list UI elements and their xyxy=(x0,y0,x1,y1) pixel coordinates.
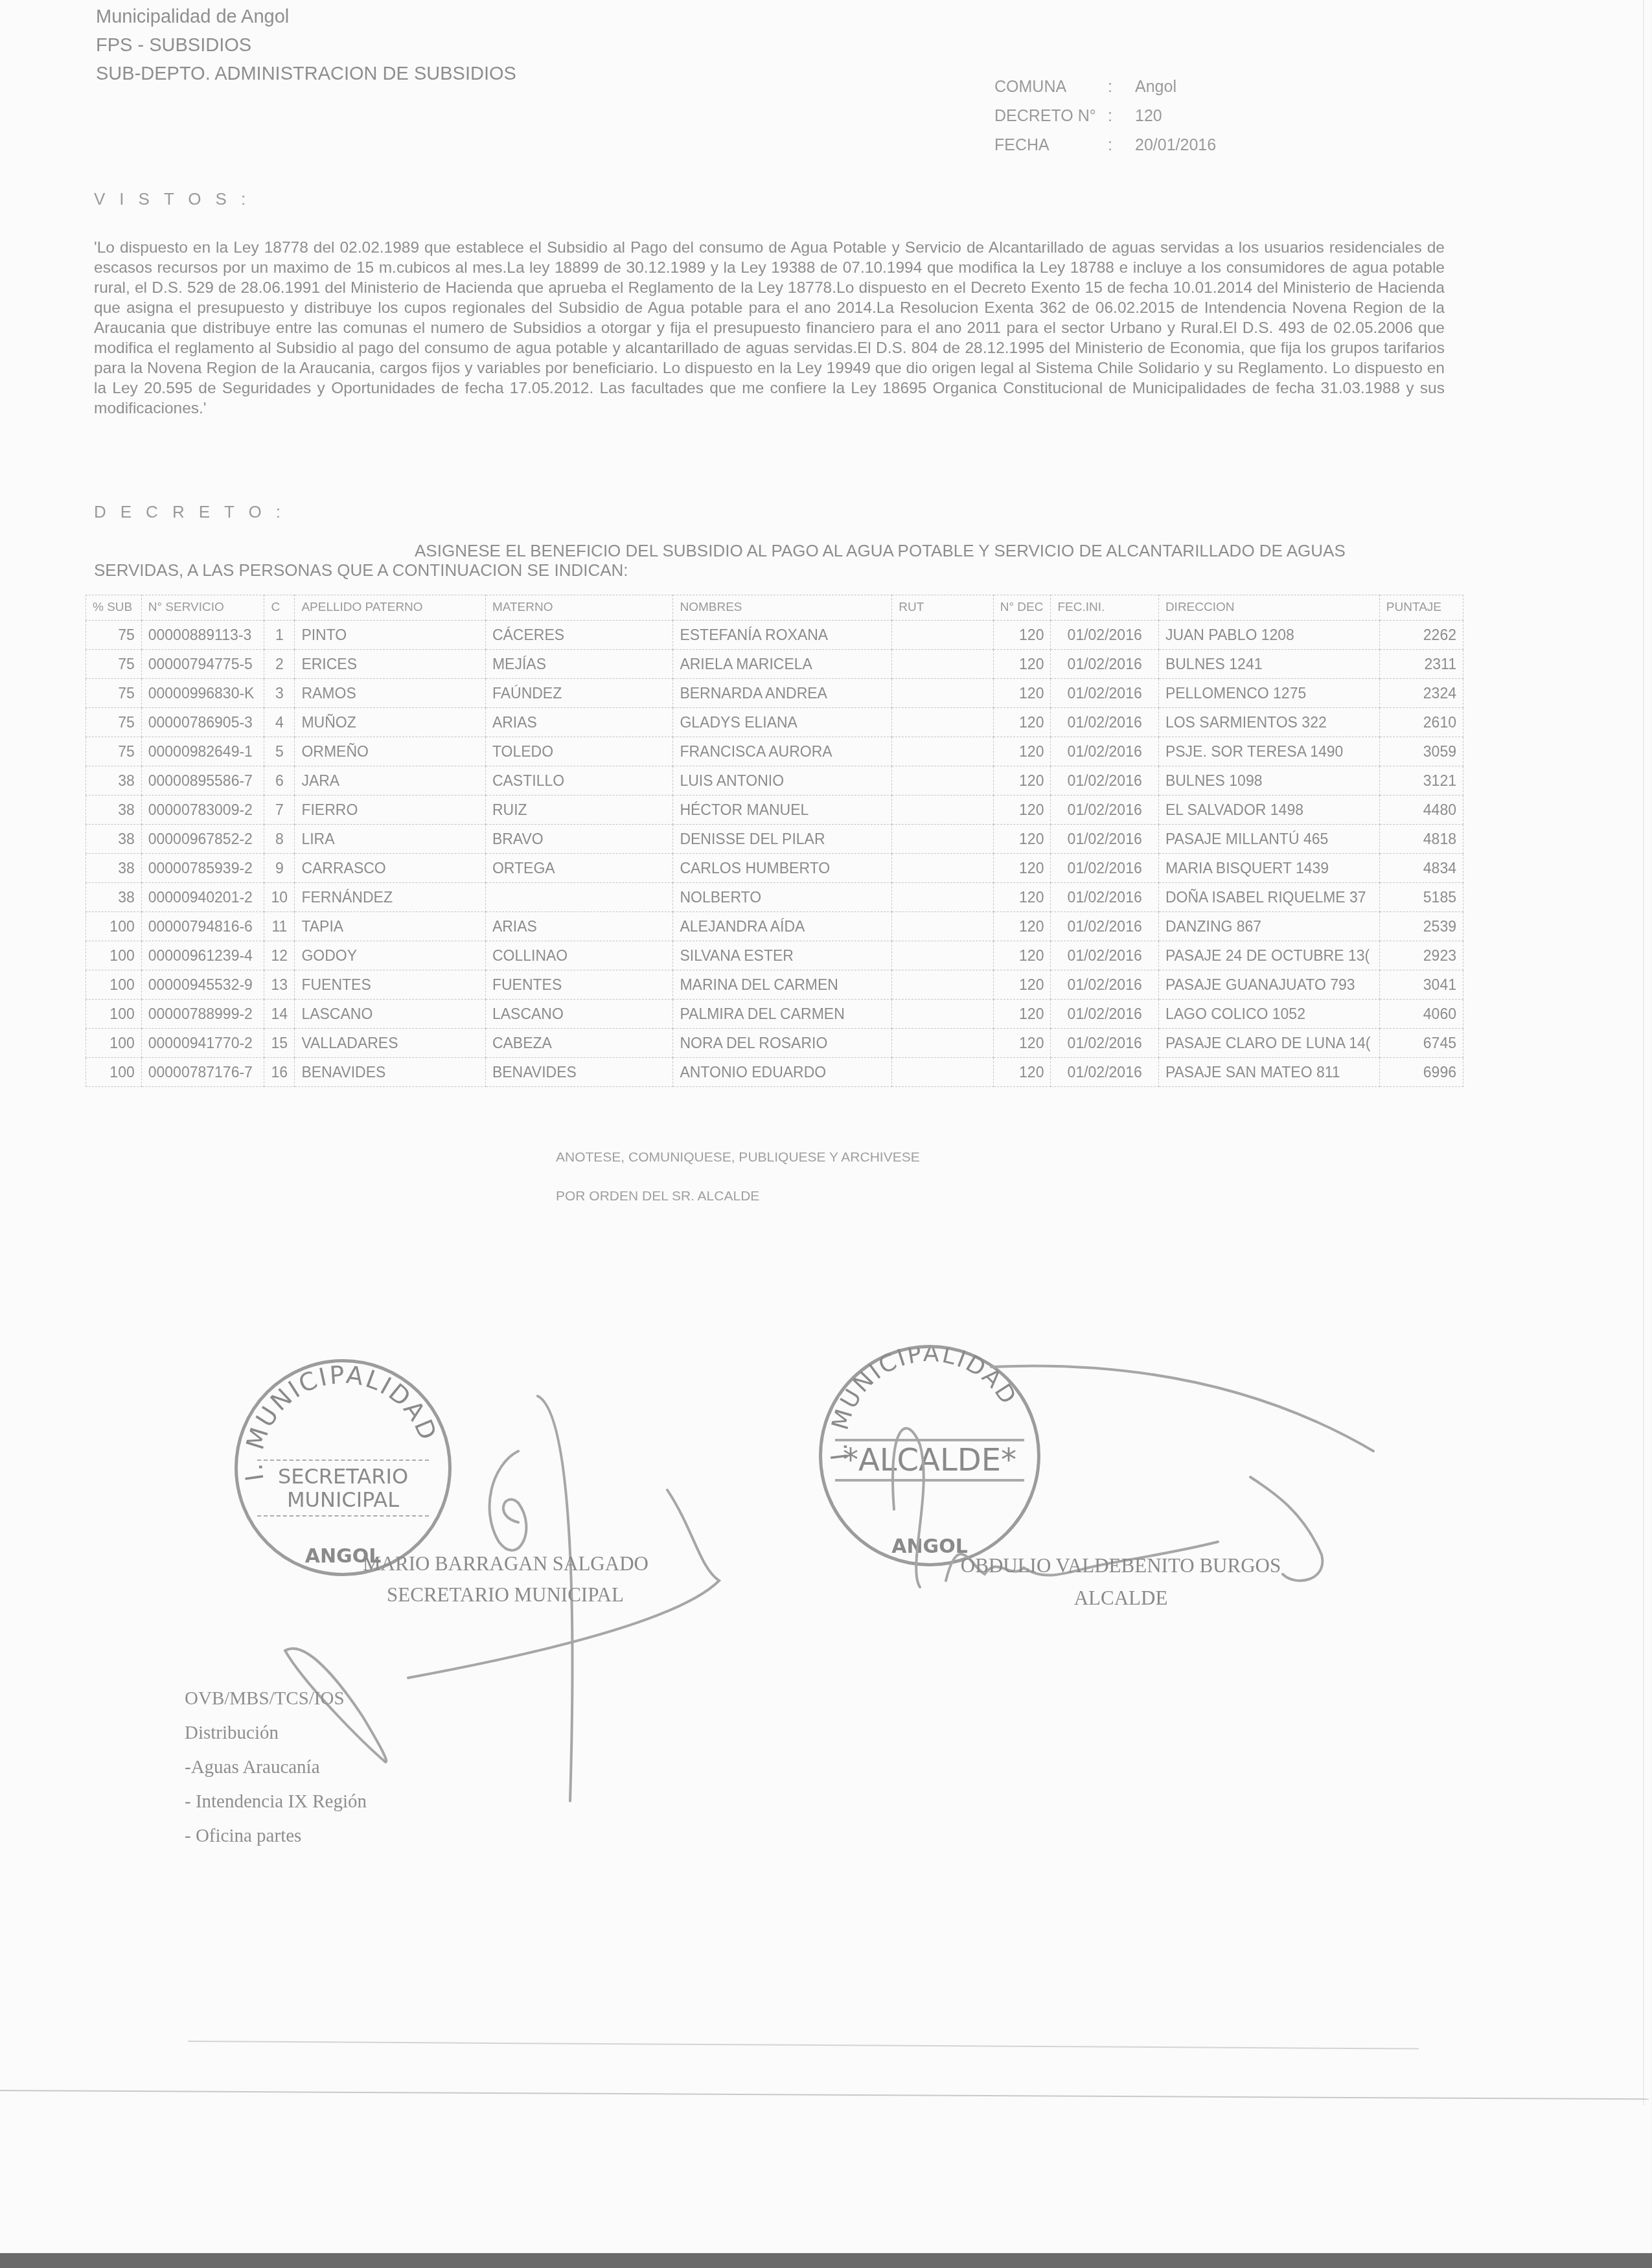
table-row: 10000000788999-214LASCANOLASCANOPALMIRA … xyxy=(86,1000,1463,1029)
meta-decreto: DECRETO N° : 120 xyxy=(994,102,1216,131)
colon: : xyxy=(1108,102,1135,131)
comuna-label: COMUNA xyxy=(994,73,1108,102)
table-cell: 01/02/2016 xyxy=(1051,766,1158,796)
table-cell: VALLADARES xyxy=(295,1029,486,1058)
table-cell: 75 xyxy=(86,679,142,708)
vistos-heading: VISTOS: xyxy=(94,189,260,209)
table-cell: 00000941770-2 xyxy=(141,1029,264,1058)
closing-formula: ANOTESE, COMUNIQUESE, PUBLIQUESE Y ARCHI… xyxy=(556,1138,920,1216)
table-cell: PSJE. SOR TERESA 1490 xyxy=(1158,737,1379,766)
table-cell: LIRA xyxy=(295,825,486,854)
table-cell: PASAJE GUANAJUATO 793 xyxy=(1158,970,1379,1000)
table-cell: 00000961239-4 xyxy=(141,941,264,970)
table-cell: MUÑOZ xyxy=(295,708,486,737)
comuna-value: Angol xyxy=(1135,73,1176,102)
fecha-value: 20/01/2016 xyxy=(1135,131,1216,160)
distribution-item: - Intendencia IX Región xyxy=(185,1785,367,1819)
table-cell xyxy=(892,737,993,766)
alcalde-signature-block: OBDULIO VALDEBENITO BURGOS ALCALDE xyxy=(926,1550,1315,1614)
table-cell: 3041 xyxy=(1379,970,1463,1000)
column-header: % SUB xyxy=(86,595,142,621)
table-row: 3800000783009-27FIERRORUIZHÉCTOR MANUEL1… xyxy=(86,796,1463,825)
stamp-center-text: SECRETARIO MUNICIPAL xyxy=(257,1460,429,1517)
table-cell: 01/02/2016 xyxy=(1051,825,1158,854)
column-header: APELLIDO PATERNO xyxy=(295,595,486,621)
table-cell xyxy=(892,854,993,883)
table-cell: 75 xyxy=(86,650,142,679)
table-cell: 01/02/2016 xyxy=(1051,941,1158,970)
table-cell: 01/02/2016 xyxy=(1051,970,1158,1000)
meta-fecha: FECHA : 20/01/2016 xyxy=(994,131,1216,160)
table-cell: 01/02/2016 xyxy=(1051,1000,1158,1029)
decree-statement-line1: ASIGNESE EL BENEFICIO DEL SUBSIDIO AL PA… xyxy=(94,541,1445,560)
table-cell: MEJÍAS xyxy=(485,650,673,679)
decree-statement: ASIGNESE EL BENEFICIO DEL SUBSIDIO AL PA… xyxy=(94,541,1445,580)
table-cell: 38 xyxy=(86,854,142,883)
table-cell xyxy=(485,883,673,912)
table-cell: 100 xyxy=(86,912,142,941)
table-cell: ORTEGA xyxy=(485,854,673,883)
table-cell: 100 xyxy=(86,941,142,970)
table-cell: 01/02/2016 xyxy=(1051,708,1158,737)
table-cell xyxy=(892,766,993,796)
table-cell: 8 xyxy=(264,825,295,854)
table-cell xyxy=(892,1000,993,1029)
table-cell: ALEJANDRA AÍDA xyxy=(673,912,892,941)
table-cell: 3 xyxy=(264,679,295,708)
table-cell: 2324 xyxy=(1379,679,1463,708)
table-cell: 01/02/2016 xyxy=(1051,854,1158,883)
table-cell: GODOY xyxy=(295,941,486,970)
table-cell: CÁCERES xyxy=(485,621,673,650)
table-cell: 120 xyxy=(993,1058,1051,1087)
table-cell: HÉCTOR MANUEL xyxy=(673,796,892,825)
table-cell: 00000967852-2 xyxy=(141,825,264,854)
secretario-signature-block: MARIO BARRAGAN SALGADO SECRETARIO MUNICI… xyxy=(363,1548,648,1610)
table-cell: 120 xyxy=(993,708,1051,737)
municipality-name: Municipalidad de Angol xyxy=(96,3,516,31)
table-row: 3800000895586-76JARACASTILLOLUIS ANTONIO… xyxy=(86,766,1463,796)
table-cell: 2 xyxy=(264,650,295,679)
column-header: C xyxy=(264,595,295,621)
table-header-row: % SUBN° SERVICIOCAPELLIDO PATERNOMATERNO… xyxy=(86,595,1463,621)
table-cell xyxy=(892,941,993,970)
table-cell: BULNES 1241 xyxy=(1158,650,1379,679)
table-cell: 00000785939-2 xyxy=(141,854,264,883)
table-cell: CARLOS HUMBERTO xyxy=(673,854,892,883)
table-cell: 11 xyxy=(264,912,295,941)
table-cell xyxy=(892,1029,993,1058)
table-cell: 10 xyxy=(264,883,295,912)
table-row: 10000000961239-412GODOYCOLLINAOSILVANA E… xyxy=(86,941,1463,970)
table-cell: 4 xyxy=(264,708,295,737)
table-cell: BRAVO xyxy=(485,825,673,854)
table-row: 10000000941770-215VALLADARESCABEZANORA D… xyxy=(86,1029,1463,1058)
table-cell: 1 xyxy=(264,621,295,650)
table-cell: 75 xyxy=(86,737,142,766)
table-cell: 38 xyxy=(86,796,142,825)
closing-line1: ANOTESE, COMUNIQUESE, PUBLIQUESE Y ARCHI… xyxy=(556,1138,920,1177)
table-cell: PASAJE MILLANTÚ 465 xyxy=(1158,825,1379,854)
table-cell: 38 xyxy=(86,825,142,854)
table-cell: ARIELA MARICELA xyxy=(673,650,892,679)
table-cell: COLLINAO xyxy=(485,941,673,970)
table-cell: TAPIA xyxy=(295,912,486,941)
table-cell: 00000945532-9 xyxy=(141,970,264,1000)
table-cell: PALMIRA DEL CARMEN xyxy=(673,1000,892,1029)
table-cell: LASCANO xyxy=(295,1000,486,1029)
table-cell: FRANCISCA AURORA xyxy=(673,737,892,766)
table-cell: 120 xyxy=(993,1029,1051,1058)
table-cell: 00000996830-K xyxy=(141,679,264,708)
column-header: DIRECCION xyxy=(1158,595,1379,621)
table-row: 7500000786905-34MUÑOZARIASGLADYS ELIANA1… xyxy=(86,708,1463,737)
column-header: RUT xyxy=(892,595,993,621)
table-cell: 120 xyxy=(993,883,1051,912)
meta-comuna: COMUNA : Angol xyxy=(994,73,1216,102)
fecha-label: FECHA xyxy=(994,131,1108,160)
table-cell: 00000794775-5 xyxy=(141,650,264,679)
distribution-item: - Oficina partes xyxy=(185,1819,367,1853)
table-cell: CARRASCO xyxy=(295,854,486,883)
table-cell: 5 xyxy=(264,737,295,766)
table-cell: 120 xyxy=(993,970,1051,1000)
table-cell: PASAJE 24 DE OCTUBRE 13( xyxy=(1158,941,1379,970)
table-cell: 01/02/2016 xyxy=(1051,621,1158,650)
table-cell: CASTILLO xyxy=(485,766,673,796)
table-cell: 120 xyxy=(993,796,1051,825)
decreto-label: DECRETO N° xyxy=(994,102,1108,131)
table-cell xyxy=(892,650,993,679)
table-row: 3800000940201-210FERNÁNDEZNOLBERTO12001/… xyxy=(86,883,1463,912)
decreto-heading: DECRETO: xyxy=(94,502,295,522)
distribution-list: OVB/MBS/TCS/IOS Distribución -Aguas Arau… xyxy=(185,1682,367,1853)
table-cell: DANZING 867 xyxy=(1158,912,1379,941)
table-cell: 00000783009-2 xyxy=(141,796,264,825)
table-cell: DOÑA ISABEL RIQUELME 37 xyxy=(1158,883,1379,912)
table-cell: ORMEÑO xyxy=(295,737,486,766)
table-cell xyxy=(892,825,993,854)
table-cell: 120 xyxy=(993,766,1051,796)
table-cell: 7 xyxy=(264,796,295,825)
secretario-name: MARIO BARRAGAN SALGADO xyxy=(363,1548,648,1579)
table-cell: 120 xyxy=(993,912,1051,941)
colon: : xyxy=(1108,131,1135,160)
sub-department-name: SUB-DEPTO. ADMINISTRACION DE SUBSIDIOS xyxy=(96,60,516,88)
table-cell: 15 xyxy=(264,1029,295,1058)
table-cell: 00000982649-1 xyxy=(141,737,264,766)
table-cell: 100 xyxy=(86,1029,142,1058)
table-cell: 01/02/2016 xyxy=(1051,912,1158,941)
table-cell: 120 xyxy=(993,737,1051,766)
table-cell xyxy=(892,883,993,912)
table-cell: BENAVIDES xyxy=(295,1058,486,1087)
table-cell: RUIZ xyxy=(485,796,673,825)
table-cell: 2311 xyxy=(1379,650,1463,679)
table-cell: 4818 xyxy=(1379,825,1463,854)
stamp-center-line1: SECRETARIO xyxy=(257,1465,429,1488)
table-cell: 120 xyxy=(993,679,1051,708)
table-body: 7500000889113-31PINTOCÁCERESESTEFANÍA RO… xyxy=(86,621,1463,1087)
table-cell: 6996 xyxy=(1379,1058,1463,1087)
table-cell: 4480 xyxy=(1379,796,1463,825)
table-cell: 38 xyxy=(86,883,142,912)
table-cell: 01/02/2016 xyxy=(1051,1029,1158,1058)
author-initials: OVB/MBS/TCS/IOS xyxy=(185,1682,367,1716)
table-cell xyxy=(892,708,993,737)
table-cell: PASAJE CLARO DE LUNA 14( xyxy=(1158,1029,1379,1058)
secretario-stamp: I. MUNICIPALIDAD SECRETARIO MUNICIPAL AN… xyxy=(235,1359,452,1576)
table-cell: ARIAS xyxy=(485,912,673,941)
vistos-paragraph: 'Lo dispuesto en la Ley 18778 del 02.02.… xyxy=(94,238,1445,418)
stamp-center-text: *ALCALDE* xyxy=(835,1439,1024,1482)
table-cell: ESTEFANÍA ROXANA xyxy=(673,621,892,650)
column-header: FEC.INI. xyxy=(1051,595,1158,621)
table-cell: 16 xyxy=(264,1058,295,1087)
table-cell: LOS SARMIENTOS 322 xyxy=(1158,708,1379,737)
table-cell: SILVANA ESTER xyxy=(673,941,892,970)
table-row: 10000000794816-611TAPIAARIASALEJANDRA AÍ… xyxy=(86,912,1463,941)
table-cell: 100 xyxy=(86,1058,142,1087)
table-cell: 12 xyxy=(264,941,295,970)
table-cell: TOLEDO xyxy=(485,737,673,766)
table-cell: PELLOMENCO 1275 xyxy=(1158,679,1379,708)
table-cell: NOLBERTO xyxy=(673,883,892,912)
table-cell: 00000786905-3 xyxy=(141,708,264,737)
table-cell: 01/02/2016 xyxy=(1051,737,1158,766)
table-row: 7500000982649-15ORMEÑOTOLEDOFRANCISCA AU… xyxy=(86,737,1463,766)
table-cell xyxy=(892,1058,993,1087)
table-cell: BENAVIDES xyxy=(485,1058,673,1087)
table-cell: 00000788999-2 xyxy=(141,1000,264,1029)
table-cell: LUIS ANTONIO xyxy=(673,766,892,796)
table-cell: 4834 xyxy=(1379,854,1463,883)
table-row: 10000000945532-913FUENTESFUENTESMARINA D… xyxy=(86,970,1463,1000)
table-cell: 120 xyxy=(993,650,1051,679)
table-cell: ANTONIO EDUARDO xyxy=(673,1058,892,1087)
table-cell: 2610 xyxy=(1379,708,1463,737)
table-cell: JARA xyxy=(295,766,486,796)
alcalde-stamp: I. MUNICIPALIDAD *ALCALDE* ANGOL xyxy=(819,1345,1040,1566)
alcalde-name: OBDULIO VALDEBENITO BURGOS xyxy=(926,1550,1315,1582)
table-cell: ERICES xyxy=(295,650,486,679)
table-cell: 9 xyxy=(264,854,295,883)
table-cell: ARIAS xyxy=(485,708,673,737)
table-cell: 120 xyxy=(993,854,1051,883)
table-cell: BULNES 1098 xyxy=(1158,766,1379,796)
column-header: N° SERVICIO xyxy=(141,595,264,621)
decree-statement-line2: SERVIDAS, A LAS PERSONAS QUE A CONTINUAC… xyxy=(94,560,1445,580)
table-cell: 6 xyxy=(264,766,295,796)
table-row: 3800000967852-28LIRABRAVODENISSE DEL PIL… xyxy=(86,825,1463,854)
table-cell: 2923 xyxy=(1379,941,1463,970)
table-cell: 120 xyxy=(993,941,1051,970)
table-cell: 01/02/2016 xyxy=(1051,1058,1158,1087)
table-cell: EL SALVADOR 1498 xyxy=(1158,796,1379,825)
table-cell xyxy=(892,912,993,941)
table-cell: PINTO xyxy=(295,621,486,650)
table-cell: FAÚNDEZ xyxy=(485,679,673,708)
table-cell: 4060 xyxy=(1379,1000,1463,1029)
table-cell: 100 xyxy=(86,970,142,1000)
table-cell xyxy=(892,621,993,650)
table-cell: 2262 xyxy=(1379,621,1463,650)
table-cell: 01/02/2016 xyxy=(1051,650,1158,679)
colon: : xyxy=(1108,73,1135,102)
table-cell: PASAJE SAN MATEO 811 xyxy=(1158,1058,1379,1087)
table-cell: FUENTES xyxy=(295,970,486,1000)
distribution-item: -Aguas Araucanía xyxy=(185,1750,367,1785)
table-cell: 00000889113-3 xyxy=(141,621,264,650)
table-cell: 75 xyxy=(86,621,142,650)
table-cell: FERNÁNDEZ xyxy=(295,883,486,912)
table-cell: FUENTES xyxy=(485,970,673,1000)
table-cell: 6745 xyxy=(1379,1029,1463,1058)
table-cell xyxy=(892,970,993,1000)
scanner-background xyxy=(0,2253,1652,2268)
decree-meta: COMUNA : Angol DECRETO N° : 120 FECHA : … xyxy=(994,73,1216,160)
table-cell: DENISSE DEL PILAR xyxy=(673,825,892,854)
distribution-title: Distribución xyxy=(185,1716,367,1750)
table-cell: 5185 xyxy=(1379,883,1463,912)
table-row: 7500000996830-K3RAMOSFAÚNDEZBERNARDA AND… xyxy=(86,679,1463,708)
table-cell: 00000794816-6 xyxy=(141,912,264,941)
table-cell: 2539 xyxy=(1379,912,1463,941)
secretario-title: SECRETARIO MUNICIPAL xyxy=(363,1579,648,1610)
table-cell: CABEZA xyxy=(485,1029,673,1058)
table-cell: BERNARDA ANDREA xyxy=(673,679,892,708)
table-row: 7500000889113-31PINTOCÁCERESESTEFANÍA RO… xyxy=(86,621,1463,650)
table-cell xyxy=(892,679,993,708)
table-cell: JUAN PABLO 1208 xyxy=(1158,621,1379,650)
table-cell: 01/02/2016 xyxy=(1051,883,1158,912)
alcalde-title: ALCALDE xyxy=(926,1582,1315,1614)
letterhead: Municipalidad de Angol FPS - SUBSIDIOS S… xyxy=(96,3,516,88)
table-cell: NORA DEL ROSARIO xyxy=(673,1029,892,1058)
column-header: PUNTAJE xyxy=(1379,595,1463,621)
table-row: 7500000794775-52ERICESMEJÍASARIELA MARIC… xyxy=(86,650,1463,679)
table-cell: 00000895586-7 xyxy=(141,766,264,796)
table-cell: 14 xyxy=(264,1000,295,1029)
table-cell: GLADYS ELIANA xyxy=(673,708,892,737)
table-cell: 3059 xyxy=(1379,737,1463,766)
closing-line2: POR ORDEN DEL SR. ALCALDE xyxy=(556,1177,920,1216)
table-cell: MARIA BISQUERT 1439 xyxy=(1158,854,1379,883)
table-cell: LAGO COLICO 1052 xyxy=(1158,1000,1379,1029)
table-cell: 01/02/2016 xyxy=(1051,796,1158,825)
table-cell: 13 xyxy=(264,970,295,1000)
column-header: N° DEC xyxy=(993,595,1051,621)
table-cell: 75 xyxy=(86,708,142,737)
decreto-value: 120 xyxy=(1135,102,1162,131)
table-cell: 00000787176-7 xyxy=(141,1058,264,1087)
table-cell: RAMOS xyxy=(295,679,486,708)
table-row: 10000000787176-716BENAVIDESBENAVIDESANTO… xyxy=(86,1058,1463,1087)
table-cell xyxy=(892,796,993,825)
table-cell: 3121 xyxy=(1379,766,1463,796)
table-cell: LASCANO xyxy=(485,1000,673,1029)
column-header: NOMBRES xyxy=(673,595,892,621)
table-cell: FIERRO xyxy=(295,796,486,825)
table-row: 3800000785939-29CARRASCOORTEGACARLOS HUM… xyxy=(86,854,1463,883)
table-cell: 38 xyxy=(86,766,142,796)
table-cell: 120 xyxy=(993,621,1051,650)
table-cell: 120 xyxy=(993,825,1051,854)
table-cell: 00000940201-2 xyxy=(141,883,264,912)
column-header: MATERNO xyxy=(485,595,673,621)
stamp-center-line2: MUNICIPAL xyxy=(257,1488,429,1511)
table-cell: 01/02/2016 xyxy=(1051,679,1158,708)
page-edge xyxy=(1643,0,1644,2105)
table-cell: 120 xyxy=(993,1000,1051,1029)
beneficiaries-table: % SUBN° SERVICIOCAPELLIDO PATERNOMATERNO… xyxy=(86,595,1463,1087)
table-cell: 100 xyxy=(86,1000,142,1029)
table-cell: MARINA DEL CARMEN xyxy=(673,970,892,1000)
department-name: FPS - SUBSIDIOS xyxy=(96,31,516,60)
